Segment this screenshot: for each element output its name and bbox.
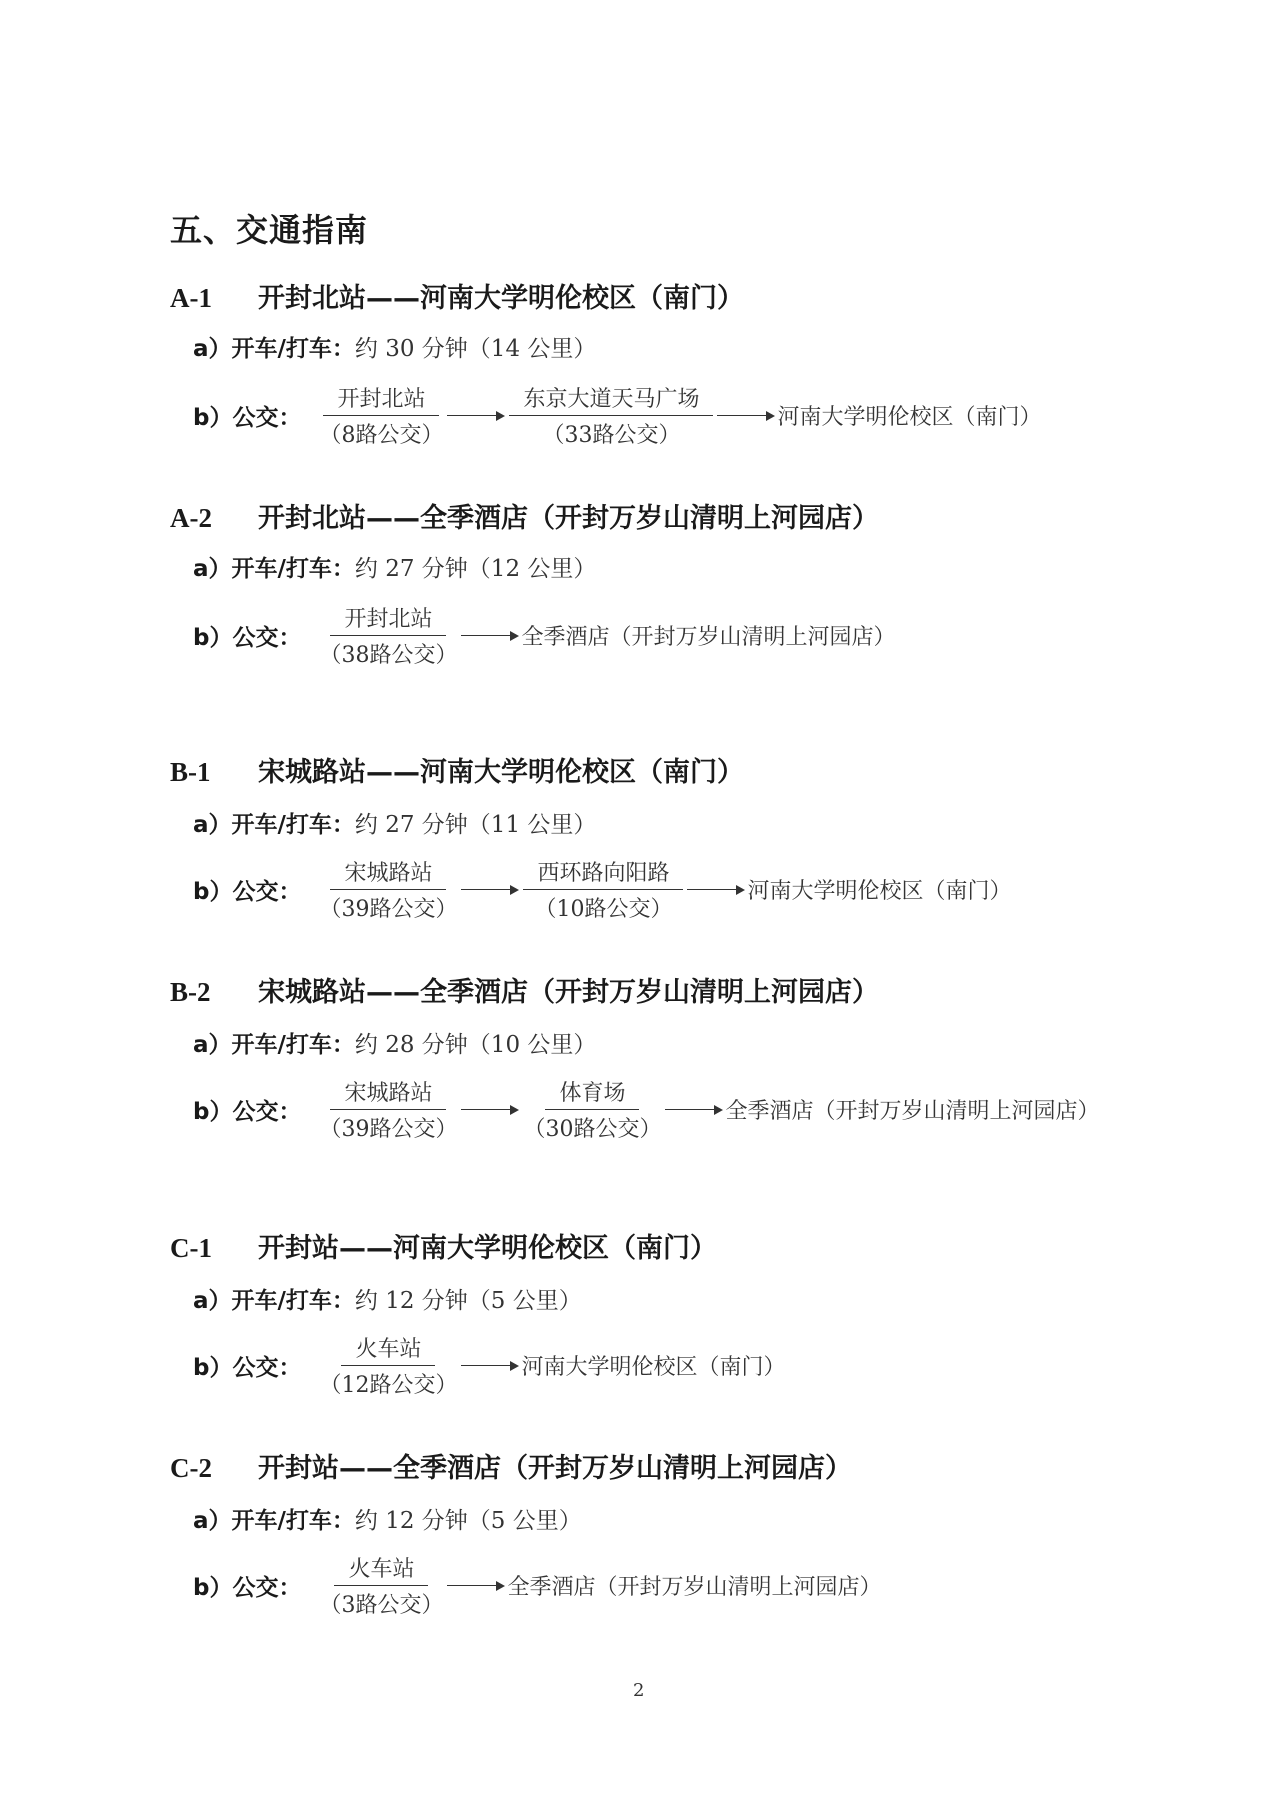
section-heading-a2: A-2开封北站——全季酒店（开封万岁山清明上河园店） xyxy=(170,496,879,535)
drive-value: 约 12 分钟（5 公里） xyxy=(355,1508,582,1534)
station-name: 开封北站 xyxy=(323,382,439,416)
drive-label: a）开车/打车： xyxy=(193,1032,355,1058)
station-name: 火车站 xyxy=(341,1332,435,1366)
arrow-right-icon xyxy=(717,411,775,421)
bus-step: 开封北站（8路公交） xyxy=(315,382,447,449)
bus-step: 宋城路站（39路公交） xyxy=(315,1076,461,1143)
bus-label: b）公交： xyxy=(193,399,301,432)
route-code: B-2 xyxy=(170,977,258,1008)
bus-line: （38路公交） xyxy=(319,636,457,669)
route-title: 宋城路站——河南大学明伦校区（南门） xyxy=(258,757,744,788)
drive-label: a）开车/打车： xyxy=(193,336,355,362)
drive-info-b2: a）开车/打车：约 28 分钟（10 公里） xyxy=(193,1026,596,1059)
bus-line: （10路公交） xyxy=(534,890,672,923)
bus-label: b）公交： xyxy=(193,619,301,652)
section-heading-c2: C-2开封站——全季酒店（开封万岁山清明上河园店） xyxy=(170,1446,852,1485)
destination: 全季酒店（开封万岁山清明上河园店） xyxy=(725,1094,1099,1125)
destination: 河南大学明伦校区（南门） xyxy=(777,400,1041,431)
section-heading-b1: B-1宋城路站——河南大学明伦校区（南门） xyxy=(170,750,744,789)
arrow-right-icon xyxy=(665,1105,723,1115)
bus-info-b1: b）公交： 宋城路站（39路公交） 西环路向阳路（10路公交） 河南大学明伦校区… xyxy=(193,856,1012,923)
station-name: 宋城路站 xyxy=(330,1076,446,1110)
bus-label: b）公交： xyxy=(193,873,301,906)
route-code: B-1 xyxy=(170,757,258,788)
section-heading-a1: A-1开封北站——河南大学明伦校区（南门） xyxy=(170,276,744,315)
bus-step: 体育场（30路公交） xyxy=(519,1076,665,1143)
drive-label: a）开车/打车： xyxy=(193,556,355,582)
station-name: 体育场 xyxy=(545,1076,639,1110)
drive-label: a）开车/打车： xyxy=(193,812,355,838)
drive-value: 约 27 分钟（12 公里） xyxy=(355,556,596,582)
arrow-right-icon xyxy=(461,885,519,895)
bus-step: 西环路向阳路（10路公交） xyxy=(519,856,687,923)
bus-line: （39路公交） xyxy=(319,890,457,923)
bus-step: 火车站（3路公交） xyxy=(315,1552,447,1619)
bus-line: （39路公交） xyxy=(319,1110,457,1143)
drive-info-c2: a）开车/打车：约 12 分钟（5 公里） xyxy=(193,1502,582,1535)
bus-line: （30路公交） xyxy=(523,1110,661,1143)
destination: 河南大学明伦校区（南门） xyxy=(747,874,1011,905)
bus-info-a2: b）公交： 开封北站（38路公交） 全季酒店（开封万岁山清明上河园店） xyxy=(193,602,895,669)
arrow-right-icon xyxy=(447,1581,505,1591)
route-title: 开封站——河南大学明伦校区（南门） xyxy=(258,1233,717,1264)
bus-label: b）公交： xyxy=(193,1349,301,1382)
drive-info-b1: a）开车/打车：约 27 分钟（11 公里） xyxy=(193,806,596,839)
station-name: 东京大道天马广场 xyxy=(509,382,713,416)
arrow-right-icon xyxy=(461,1105,519,1115)
destination: 河南大学明伦校区（南门） xyxy=(521,1350,785,1381)
page-title: 五、交通指南 xyxy=(170,205,368,251)
section-heading-c1: C-1开封站——河南大学明伦校区（南门） xyxy=(170,1226,717,1265)
bus-line: （3路公交） xyxy=(319,1586,443,1619)
section-heading-b2: B-2宋城路站——全季酒店（开封万岁山清明上河园店） xyxy=(170,970,879,1009)
route-title: 开封北站——全季酒店（开封万岁山清明上河园店） xyxy=(258,503,879,534)
drive-info-a2: a）开车/打车：约 27 分钟（12 公里） xyxy=(193,550,596,583)
route-code: A-1 xyxy=(170,283,258,314)
arrow-right-icon xyxy=(461,1361,519,1371)
destination: 全季酒店（开封万岁山清明上河园店） xyxy=(507,1570,881,1601)
document-page: 五、交通指南 A-1开封北站——河南大学明伦校区（南门） a）开车/打车：约 3… xyxy=(0,0,1280,1811)
station-name: 开封北站 xyxy=(330,602,446,636)
drive-value: 约 12 分钟（5 公里） xyxy=(355,1288,582,1314)
bus-info-a1: b）公交： 开封北站（8路公交） 东京大道天马广场（33路公交） 河南大学明伦校… xyxy=(193,382,1042,449)
bus-info-c2: b）公交： 火车站（3路公交） 全季酒店（开封万岁山清明上河园店） xyxy=(193,1552,881,1619)
drive-value: 约 27 分钟（11 公里） xyxy=(355,812,596,838)
route-title: 开封北站——河南大学明伦校区（南门） xyxy=(258,283,744,314)
arrow-right-icon xyxy=(687,885,745,895)
drive-value: 约 30 分钟（14 公里） xyxy=(355,336,596,362)
route-code: C-1 xyxy=(170,1233,258,1264)
bus-line: （33路公交） xyxy=(542,416,680,449)
route-title: 开封站——全季酒店（开封万岁山清明上河园店） xyxy=(258,1453,852,1484)
arrow-right-icon xyxy=(461,631,519,641)
bus-step: 宋城路站（39路公交） xyxy=(315,856,461,923)
station-name: 西环路向阳路 xyxy=(523,856,683,890)
bus-step: 开封北站（38路公交） xyxy=(315,602,461,669)
arrow-right-icon xyxy=(447,411,505,421)
drive-value: 约 28 分钟（10 公里） xyxy=(355,1032,596,1058)
bus-info-b2: b）公交： 宋城路站（39路公交） 体育场（30路公交） 全季酒店（开封万岁山清… xyxy=(193,1076,1099,1143)
bus-line: （8路公交） xyxy=(319,416,443,449)
route-title: 宋城路站——全季酒店（开封万岁山清明上河园店） xyxy=(258,977,879,1008)
bus-step: 火车站（12路公交） xyxy=(315,1332,461,1399)
drive-label: a）开车/打车： xyxy=(193,1508,355,1534)
destination: 全季酒店（开封万岁山清明上河园店） xyxy=(521,620,895,651)
drive-info-a1: a）开车/打车：约 30 分钟（14 公里） xyxy=(193,330,596,363)
drive-label: a）开车/打车： xyxy=(193,1288,355,1314)
route-code: A-2 xyxy=(170,503,258,534)
drive-info-c1: a）开车/打车：约 12 分钟（5 公里） xyxy=(193,1282,582,1315)
station-name: 宋城路站 xyxy=(330,856,446,890)
bus-info-c1: b）公交： 火车站（12路公交） 河南大学明伦校区（南门） xyxy=(193,1332,785,1399)
bus-line: （12路公交） xyxy=(319,1366,457,1399)
bus-label: b）公交： xyxy=(193,1093,301,1126)
page-number: 2 xyxy=(633,1680,644,1701)
station-name: 火车站 xyxy=(334,1552,428,1586)
bus-label: b）公交： xyxy=(193,1569,301,1602)
route-code: C-2 xyxy=(170,1453,258,1484)
bus-step: 东京大道天马广场（33路公交） xyxy=(505,382,717,449)
